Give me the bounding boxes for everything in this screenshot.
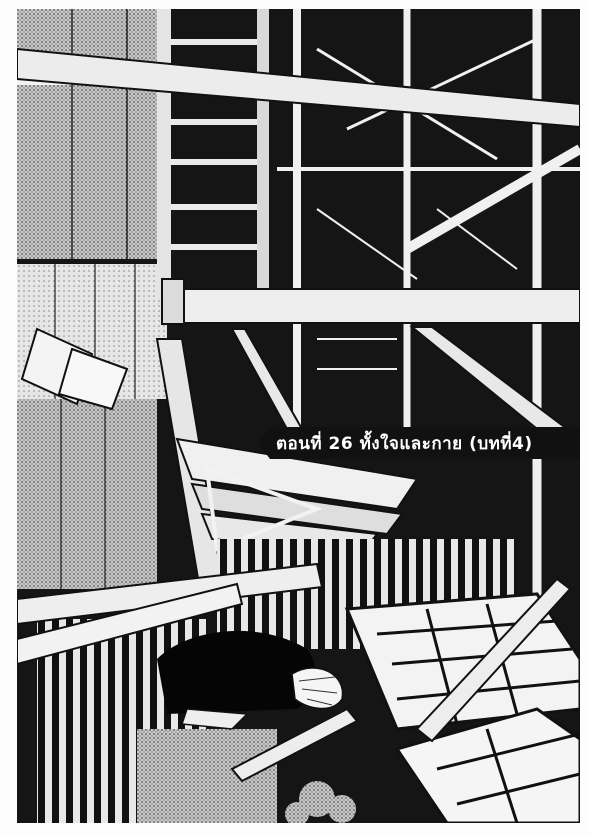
chapter-title-banner: ตอนที่ 26 ทั้งใจและกาย (บทที่4) bbox=[258, 427, 580, 459]
middle-beam bbox=[172, 289, 580, 323]
artwork bbox=[17, 9, 580, 823]
left-wall bbox=[17, 9, 167, 589]
manga-page: ตอนที่ 26 ทั้งใจและกาย (บทที่4) bbox=[0, 0, 590, 837]
illustration-panel bbox=[17, 9, 580, 823]
chapter-title: ตอนที่ 26 ทั้งใจและกาย (บทที่4) bbox=[276, 430, 533, 457]
